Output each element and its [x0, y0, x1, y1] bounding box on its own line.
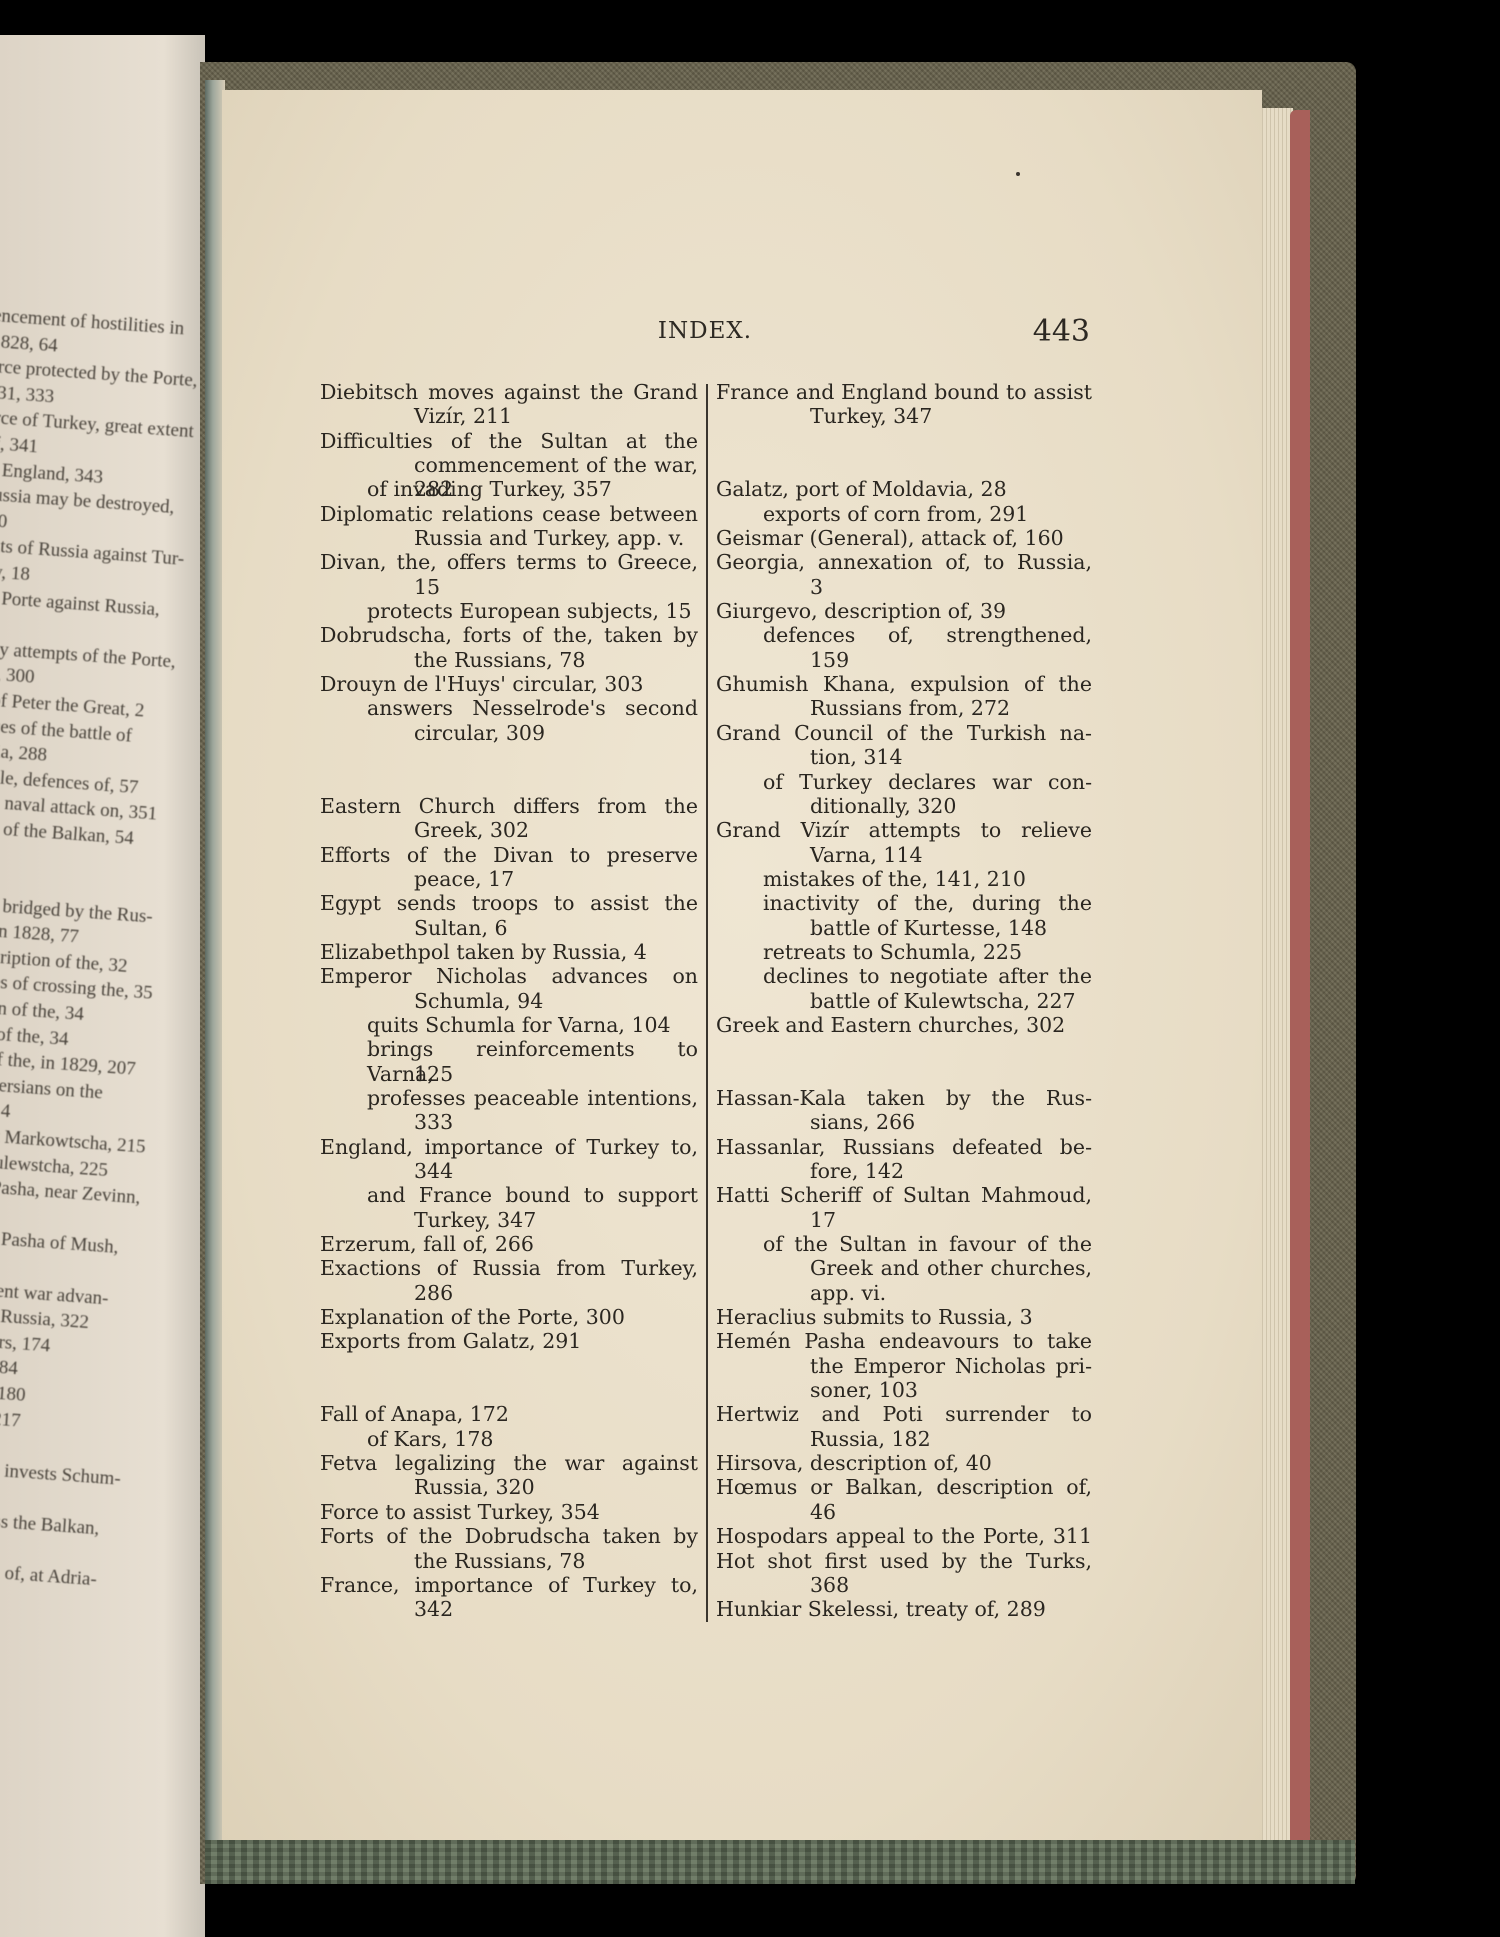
index-subentry-line: Greek, 302	[320, 818, 698, 842]
index-entry-line: Diebitsch moves against the Grand	[320, 380, 698, 404]
page-number: 443	[1033, 314, 1090, 349]
index-subentry-line: battle of Kulewtscha, 227	[716, 989, 1092, 1013]
index-subentry-line: peace, 17	[320, 867, 698, 891]
index-subentry-line: mistakes of the, 141, 210	[716, 867, 1092, 891]
page-header: INDEX. 443	[320, 318, 1090, 350]
index-section-gap	[320, 770, 698, 794]
facing-page-text: encement of hostilities in1828, 64erce p…	[0, 303, 194, 1619]
index-entry-line: Grand Vizír attempts to relieve	[716, 818, 1092, 842]
index-subentry-line: Greek and other churches,	[716, 1256, 1092, 1280]
index-subentry-line: app. vi.	[716, 1281, 1092, 1305]
column-divider	[706, 384, 708, 1622]
index-subentry-line: tion, 314	[716, 745, 1092, 769]
index-subentry-line: Schumla, 94	[320, 989, 698, 1013]
index-subentry-line: declines to negotiate after the	[716, 964, 1092, 988]
index-subentry-line: quits Schumla for Varna, 104	[320, 1013, 698, 1037]
index-subentry-line: brings reinforcements to Varna,	[320, 1037, 698, 1061]
index-entry-line: Exactions of Russia from Turkey,	[320, 1256, 698, 1280]
index-entry-line: Divan, the, offers terms to Greece,	[320, 550, 698, 574]
index-entry-line: Hœmus or Balkan, description of,	[716, 1475, 1092, 1499]
index-entry-line: Dobrudscha, forts of the, taken by	[320, 623, 698, 647]
index-entry-line: Hot shot first used by the Turks,	[716, 1549, 1092, 1573]
index-entry-line: Explanation of the Porte, 300	[320, 1305, 698, 1329]
index-subentry-line: battle of Kurtesse, 148	[716, 916, 1092, 940]
facing-page-left: encement of hostilities in1828, 64erce p…	[0, 35, 205, 1937]
book-cover-bottom-edge	[205, 1840, 1355, 1884]
index-subentry-line: 342	[320, 1597, 698, 1621]
index-subentry-line: Turkey, 347	[716, 404, 1092, 428]
index-entry-line: Exports from Galatz, 291	[320, 1329, 698, 1353]
index-subentry-line: soner, 103	[716, 1378, 1092, 1402]
index-subentry-line: sians, 266	[716, 1110, 1092, 1134]
index-subentry-line: the Russians, 78	[320, 1549, 698, 1573]
index-subentry-line: exports of corn from, 291	[716, 502, 1092, 526]
index-subentry-line: 333	[320, 1110, 698, 1134]
index-subentry-line: retreats to Schumla, 225	[716, 940, 1092, 964]
index-column-left: Diebitsch moves against the GrandVizír, …	[320, 380, 698, 1622]
index-entry-line: Grand Council of the Turkish na-	[716, 721, 1092, 745]
index-section-gap	[716, 1062, 1092, 1086]
index-entry-line: Hunkiar Skelessi, treaty of, 289	[716, 1597, 1092, 1621]
index-subentry-line: commencement of the war, 282	[320, 453, 698, 477]
index-section-gap	[716, 453, 1092, 477]
index-entry-line: France and England bound to assist	[716, 380, 1092, 404]
index-entry-line: England, importance of Turkey to,	[320, 1135, 698, 1159]
index-entry-line: Hospodars appeal to the Porte, 311	[716, 1524, 1092, 1548]
index-subentry-line: 159	[716, 648, 1092, 672]
index-subentry-line: 46	[716, 1500, 1092, 1524]
index-entry-line: Georgia, annexation of, to Russia,	[716, 550, 1092, 574]
index-entry-line: Hirsova, description of, 40	[716, 1451, 1092, 1475]
index-section-gap	[320, 1378, 698, 1402]
index-subentry-line: of Turkey declares war con-	[716, 770, 1092, 794]
index-subentry-line: Turkey, 347	[320, 1208, 698, 1232]
index-entry-line: Difficulties of the Sultan at the	[320, 429, 698, 453]
index-subentry-line: 17	[716, 1208, 1092, 1232]
index-subentry-line: of the Sultan in favour of the	[716, 1232, 1092, 1256]
index-subentry-line: Russia and Turkey, app. v.	[320, 526, 698, 550]
index-entry-line: Hatti Scheriff of Sultan Mahmoud,	[716, 1183, 1092, 1207]
index-subentry-line: 15	[320, 575, 698, 599]
index-entry-line: Diplomatic relations cease between	[320, 502, 698, 526]
index-entry-line: Fall of Anapa, 172	[320, 1402, 698, 1426]
index-entry-line: Erzerum, fall of, 266	[320, 1232, 698, 1256]
index-section-gap	[320, 1354, 698, 1378]
index-entry-line: Galatz, port of Moldavia, 28	[716, 477, 1092, 501]
index-subentry-line: 286	[320, 1281, 698, 1305]
index-subentry-line: of invading Turkey, 357	[320, 477, 698, 501]
index-subentry-line: ditionally, 320	[716, 794, 1092, 818]
index-subentry-line: and France bound to support	[320, 1183, 698, 1207]
index-subentry-line: Vizír, 211	[320, 404, 698, 428]
index-entry-line: Geismar (General), attack of, 160	[716, 526, 1092, 550]
index-subentry-line: answers Nesselrode's second	[320, 696, 698, 720]
index-entry-line: Emperor Nicholas advances on	[320, 964, 698, 988]
paper-speck	[1016, 172, 1020, 176]
index-subentry-line: Varna, 114	[716, 843, 1092, 867]
index-subentry-line: of Kars, 178	[320, 1427, 698, 1451]
index-entry-line: Hertwiz and Poti surrender to	[716, 1402, 1092, 1426]
index-entry-line: Force to assist Turkey, 354	[320, 1500, 698, 1524]
running-head: INDEX.	[320, 318, 1090, 344]
index-subentry-line: Russia, 182	[716, 1427, 1092, 1451]
index-entry-line: Hassanlar, Russians defeated be-	[716, 1135, 1092, 1159]
index-subentry-line: Sultan, 6	[320, 916, 698, 940]
index-entry-line: France, importance of Turkey to,	[320, 1573, 698, 1597]
red-page-edge	[1290, 110, 1310, 1845]
index-subentry-line: 368	[716, 1573, 1092, 1597]
index-section-gap	[716, 429, 1092, 453]
index-subentry-line: protects European subjects, 15	[320, 599, 698, 623]
index-subentry-line: Russia, 320	[320, 1475, 698, 1499]
index-entry-line: Giurgevo, description of, 39	[716, 599, 1092, 623]
index-entry-line: Hassan-Kala taken by the Rus-	[716, 1086, 1092, 1110]
index-column-right: France and England bound to assistTurkey…	[716, 380, 1092, 1622]
index-subentry-line: the Russians, 78	[320, 648, 698, 672]
index-subentry-line: inactivity of the, during the	[716, 891, 1092, 915]
index-subentry-line: fore, 142	[716, 1159, 1092, 1183]
index-entry-line: Ghumish Khana, expulsion of the	[716, 672, 1092, 696]
index-subentry-line: 3	[716, 575, 1092, 599]
index-subentry-line: professes peaceable intentions,	[320, 1086, 698, 1110]
index-entry-line: Egypt sends troops to assist the	[320, 891, 698, 915]
index-entry-line: Heraclius submits to Russia, 3	[716, 1305, 1092, 1329]
index-section-gap	[320, 745, 698, 769]
index-entry-line: Greek and Eastern churches, 302	[716, 1013, 1092, 1037]
index-subentry-line: 344	[320, 1159, 698, 1183]
index-subentry-line: the Emperor Nicholas pri-	[716, 1354, 1092, 1378]
index-subentry-line: defences of, strengthened,	[716, 623, 1092, 647]
index-entry-line: Hemén Pasha endeavours to take	[716, 1329, 1092, 1353]
index-entry-line: Efforts of the Divan to preserve	[320, 843, 698, 867]
index-entry-line: Elizabethpol taken by Russia, 4	[320, 940, 698, 964]
index-section-gap	[716, 1037, 1092, 1061]
index-subentry-line: circular, 309	[320, 721, 698, 745]
index-entry-line: Eastern Church differs from the	[320, 794, 698, 818]
index-entry-line: Drouyn de l'Huys' circular, 303	[320, 672, 698, 696]
index-entry-line: Fetva legalizing the war against	[320, 1451, 698, 1475]
index-entry-line: Forts of the Dobrudscha taken by	[320, 1524, 698, 1548]
index-subentry-line: Russians from, 272	[716, 696, 1092, 720]
